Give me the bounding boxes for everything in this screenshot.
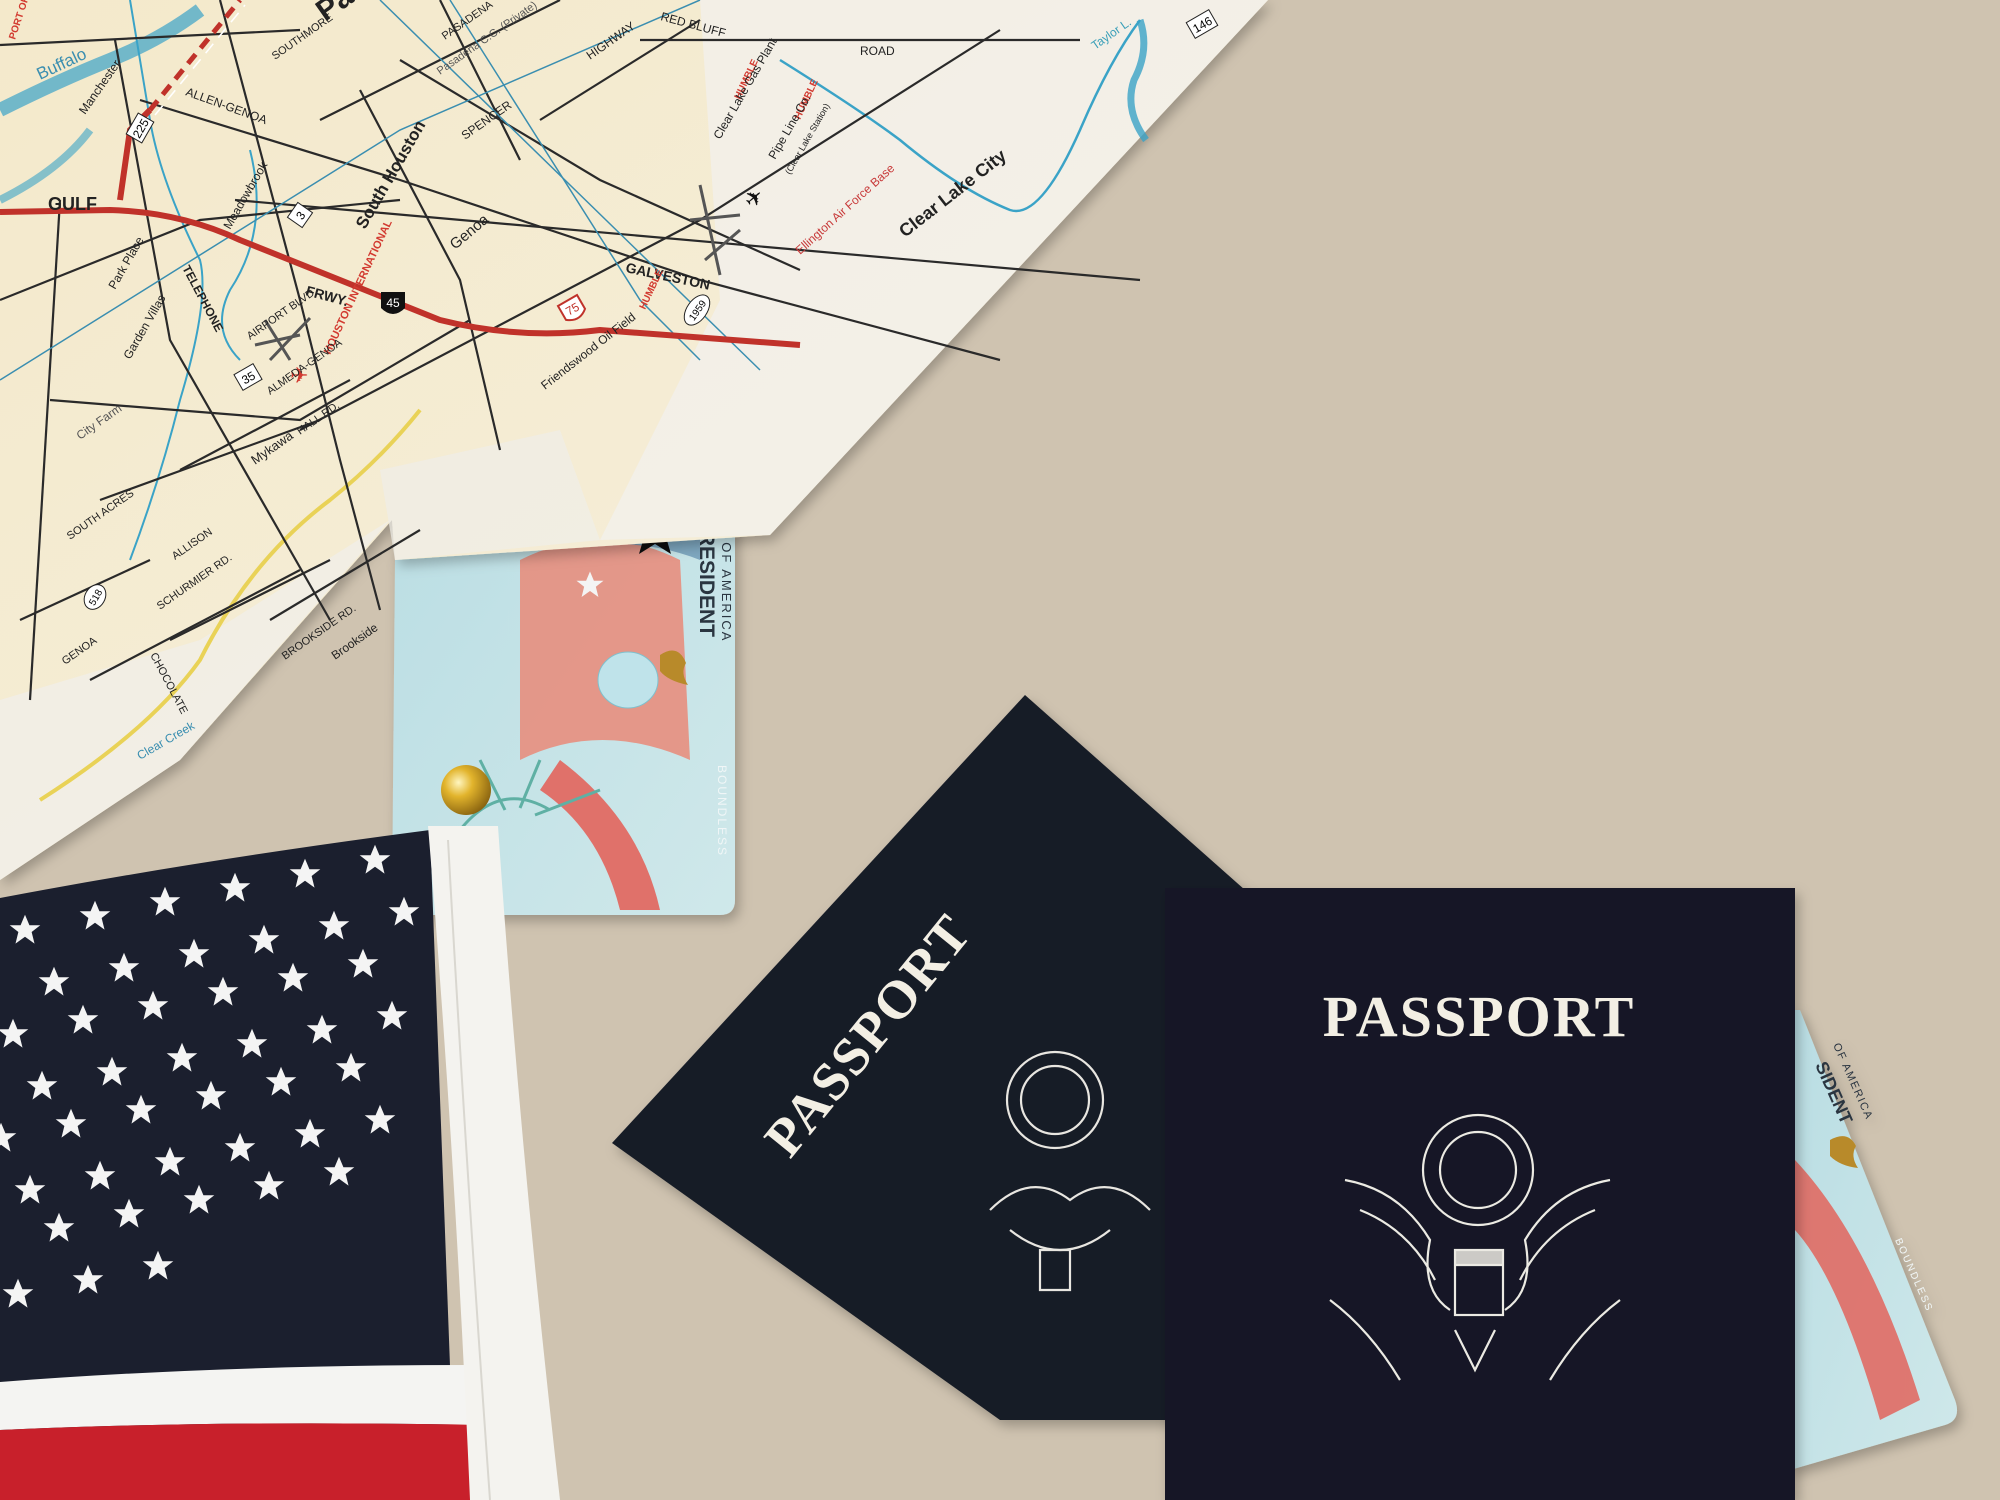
green-card-2: OF AMERICA SIDENT BOUNDLESS (1790, 1010, 1957, 1470)
photo-scene: UNITED STATES OF AMERICA RMANENT RESIDEN… (0, 0, 2000, 1500)
passport-front-title: PASSPORT (1323, 984, 1636, 1049)
flag-finial-icon (441, 765, 491, 815)
passport-front: PASSPORT (1165, 888, 1795, 1500)
card-watermark-text: BOUNDLESS (715, 765, 729, 857)
us-flag (0, 765, 560, 1500)
map-label-gulf: GULF (48, 194, 97, 214)
shield-45: 45 (386, 296, 400, 310)
map-label-road: ROAD (860, 44, 895, 58)
